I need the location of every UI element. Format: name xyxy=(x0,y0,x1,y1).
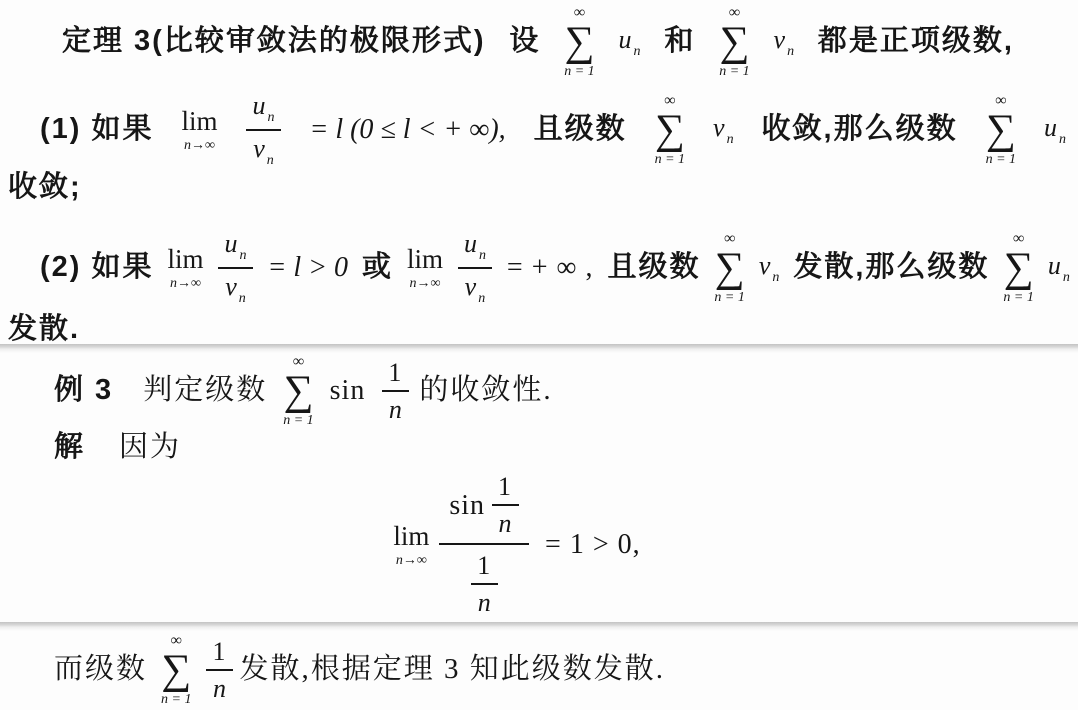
item1-eq-text: 且级数 xyxy=(534,113,627,146)
fraction-one-over-n: 1 n xyxy=(470,553,498,616)
fraction-denominator: n xyxy=(382,390,409,423)
theorem-item2-line: (2) 如果 lim n→∞ un vn = l > 0 或 lim n→∞ u… xyxy=(40,222,1070,314)
term-vn: vn xyxy=(713,113,734,148)
summation-symbol: ∞ ∑ n = 1 xyxy=(986,93,1016,167)
fraction-un-vn: un vn xyxy=(217,231,253,306)
sum-limits: n = 1 xyxy=(719,65,749,79)
sigma-symbol: ∑ xyxy=(161,649,191,691)
lim-word: lim xyxy=(407,246,443,273)
limit-operator: lim n→∞ xyxy=(181,108,217,153)
fraction-numerator: un xyxy=(245,93,281,129)
fraction-denominator: vn xyxy=(458,267,493,306)
example-prompt-before: 判定级数 xyxy=(143,374,267,407)
term-vn: vn xyxy=(774,25,795,60)
fraction-denominator: n xyxy=(471,583,498,616)
sum-limits: n = 1 xyxy=(283,414,313,428)
theorem-item1-line: (1) 如果 lim n→∞ un vn = l (0 ≤ l < + ∞), … xyxy=(40,88,1066,172)
fraction-un-vn: un vn xyxy=(245,93,281,168)
item2-equation2: = + ∞ , xyxy=(507,252,594,284)
fraction-un-vn: un vn xyxy=(457,231,493,306)
summation-symbol: ∞ ∑ n = 1 xyxy=(655,93,685,167)
limit-operator: lim n→∞ xyxy=(393,523,429,568)
solution-word: 因为 xyxy=(119,431,181,464)
item2-head: (2) 如果 xyxy=(40,251,154,284)
sigma-symbol: ∑ xyxy=(655,109,685,151)
theorem-intro-word: 设 xyxy=(509,25,540,58)
theorem-and-word: 和 xyxy=(664,25,695,58)
fraction-numerator: 1 xyxy=(205,639,233,669)
big-fraction: sin 1 n 1 n xyxy=(439,474,529,616)
fraction-one-over-n: 1 n xyxy=(381,360,409,423)
fraction-numerator: un xyxy=(457,231,493,267)
fraction-numerator: 1 xyxy=(470,553,498,583)
fraction-one-over-n: 1 n xyxy=(491,474,519,537)
summation-symbol: ∞ ∑ n = 1 xyxy=(719,5,749,79)
summation-symbol: ∞ ∑ n = 1 xyxy=(714,231,744,305)
example-prompt-line: 例 3 判定级数 ∞ ∑ n = 1 sin 1 n 的收敛性. xyxy=(54,352,553,430)
sigma-symbol: ∑ xyxy=(715,247,745,289)
sum-limits: n = 1 xyxy=(1003,291,1033,305)
conclusion-before: 而级数 xyxy=(54,653,147,686)
fraction-numerator: un xyxy=(217,231,253,267)
solution-line: 解 因为 xyxy=(54,430,181,466)
solution-label: 解 xyxy=(54,431,85,464)
item2-middle: 发散,那么级数 xyxy=(793,251,989,284)
sum-limits: n = 1 xyxy=(564,65,594,79)
scan-shadow-band xyxy=(0,622,1078,631)
item2-equation1: = l > 0 xyxy=(267,252,348,284)
fraction-one-over-n: 1 n xyxy=(205,639,233,702)
term-un: un xyxy=(1048,251,1070,286)
sin-word: sin xyxy=(449,492,485,520)
term-un: un xyxy=(1044,113,1066,148)
theorem-heading-line: 定理 3(比较审敛法的极限形式) 设 ∞ ∑ n = 1 un 和 ∞ ∑ n … xyxy=(62,2,1014,82)
sigma-symbol: ∑ xyxy=(564,21,594,63)
sigma-symbol: ∑ xyxy=(283,370,313,412)
textbook-page: { "page": { "background": "#fdfdfd", "in… xyxy=(0,0,1078,710)
sin-word: sin xyxy=(330,375,366,407)
fraction-denominator: vn xyxy=(246,129,281,168)
lim-subscript: n→∞ xyxy=(184,139,215,153)
sigma-symbol: ∑ xyxy=(986,109,1016,151)
term-vn: vn xyxy=(759,251,780,286)
limit-operator: lim n→∞ xyxy=(407,246,443,291)
sum-limits: n = 1 xyxy=(161,693,191,707)
sum-limits: n = 1 xyxy=(986,153,1016,167)
lim-subscript: n→∞ xyxy=(409,277,440,291)
fraction-denominator: vn xyxy=(218,267,253,306)
fraction-denominator: n xyxy=(206,669,233,702)
conclusion-line: 而级数 ∞ ∑ n = 1 1 n 发散,根据定理 3 知此级数发散. xyxy=(54,634,665,706)
item2-wrap-word: 发散. xyxy=(8,313,80,346)
lim-subscript: n→∞ xyxy=(170,277,201,291)
display-formula: lim n→∞ sin 1 n 1 n = 1 > 0, xyxy=(0,472,1056,618)
sum-limits: n = 1 xyxy=(655,153,685,167)
item1-wrap-word: 收敛; xyxy=(8,171,82,204)
item1-head: (1) 如果 xyxy=(40,113,154,146)
summation-symbol: ∞ ∑ n = 1 xyxy=(564,5,594,79)
fraction-denominator: n xyxy=(492,504,519,537)
big-fraction-numerator: sin 1 n xyxy=(439,474,529,543)
sigma-symbol: ∑ xyxy=(719,21,749,63)
limit-operator: lim n→∞ xyxy=(167,246,203,291)
fraction-numerator: 1 xyxy=(381,360,409,390)
item2-or-word: 或 xyxy=(362,251,393,284)
lim-word: lim xyxy=(167,246,203,273)
term-un: un xyxy=(619,25,641,60)
big-fraction-denominator: 1 n xyxy=(439,543,529,616)
lim-word: lim xyxy=(181,108,217,135)
item1-equation: = l (0 ≤ l < + ∞), xyxy=(309,114,505,146)
theorem-intro-tail: 都是正项级数, xyxy=(818,25,1014,58)
lim-word: lim xyxy=(393,523,429,550)
example-prompt-after: 的收敛性. xyxy=(419,374,552,407)
sigma-symbol: ∑ xyxy=(1004,247,1034,289)
summation-symbol: ∞ ∑ n = 1 xyxy=(161,633,191,707)
summation-symbol: ∞ ∑ n = 1 xyxy=(1003,231,1033,305)
summation-symbol: ∞ ∑ n = 1 xyxy=(283,354,313,428)
lim-subscript: n→∞ xyxy=(396,554,427,568)
conclusion-after: 发散,根据定理 3 知此级数发散. xyxy=(239,653,665,686)
formula-result: = 1 > 0, xyxy=(545,529,641,561)
example-label: 例 3 xyxy=(54,374,113,407)
theorem-title: 定理 3(比较审敛法的极限形式) xyxy=(62,25,486,58)
fraction-numerator: 1 xyxy=(491,474,519,504)
item1-middle: 收敛,那么级数 xyxy=(762,113,958,146)
sum-limits: n = 1 xyxy=(714,291,744,305)
item2-eq-text: 且级数 xyxy=(607,251,700,284)
theorem-item1-wrap: 收敛; xyxy=(8,168,82,208)
